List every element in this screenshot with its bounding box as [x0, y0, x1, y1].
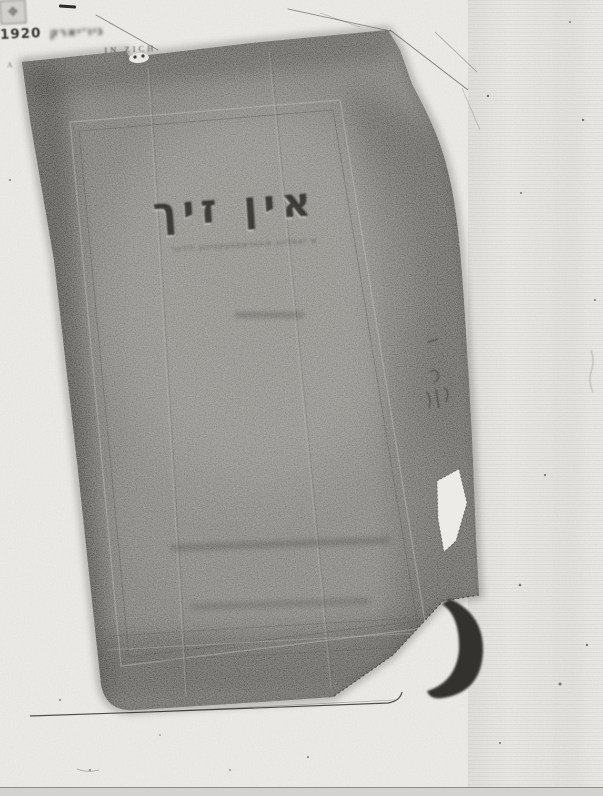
- scan-edge-strip: [0, 787, 603, 796]
- scanned-page: אין זיך א זאמלונג אינטראספעקטיווע לידער …: [0, 0, 603, 796]
- book-cover-scan: [0, 0, 603, 796]
- faded-text-smudge: [235, 312, 305, 318]
